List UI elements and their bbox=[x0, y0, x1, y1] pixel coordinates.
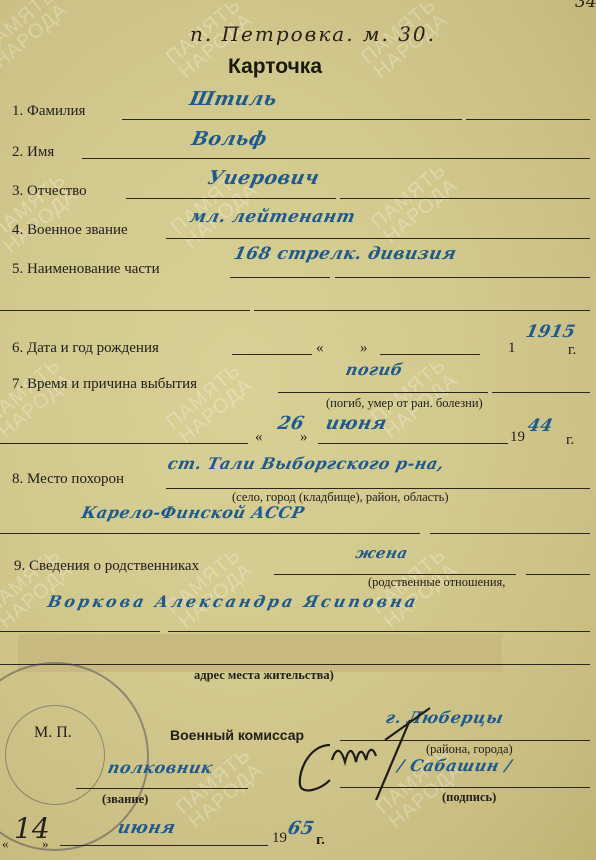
date-year: 65 bbox=[286, 818, 317, 839]
signature bbox=[290, 690, 450, 800]
underline bbox=[82, 158, 590, 159]
underline bbox=[466, 119, 590, 120]
burial-label: 8. Место похорон bbox=[12, 471, 124, 488]
departure-month: июня bbox=[324, 413, 389, 434]
underline bbox=[278, 392, 488, 393]
date-month: июня bbox=[116, 818, 178, 838]
underline bbox=[0, 664, 590, 665]
relatives-hint: (родственные отношения, bbox=[368, 575, 505, 590]
birth-year-prefix: 1 bbox=[508, 340, 516, 357]
commissar-label: Военный комиссар bbox=[170, 727, 304, 743]
departure-label: 7. Время и причина выбытия bbox=[12, 376, 197, 393]
relatives-relation: жена bbox=[354, 544, 410, 562]
underline bbox=[0, 310, 250, 311]
departure-year-suffix: г. bbox=[566, 432, 574, 449]
underline bbox=[122, 119, 462, 120]
underline bbox=[0, 533, 420, 534]
underline bbox=[168, 631, 590, 632]
relatives-label: 9. Сведения о родственниках bbox=[14, 558, 199, 575]
underline bbox=[254, 310, 590, 311]
underline bbox=[380, 354, 480, 355]
date-open-quote: « bbox=[2, 836, 9, 852]
archive-note: п. Петровка. м. 30. bbox=[190, 22, 436, 46]
underline bbox=[126, 198, 336, 199]
field-value-name: Вольф bbox=[190, 128, 269, 150]
departure-year-prefix: 19 bbox=[510, 429, 525, 446]
field-label-unit: 5. Наименование части bbox=[12, 261, 160, 278]
official-stamp-inner bbox=[5, 705, 105, 805]
underline bbox=[340, 787, 590, 788]
relatives-name: Воркова Александра Ясиповна bbox=[46, 592, 420, 611]
birth-label: 6. Дата и год рождения bbox=[12, 340, 159, 357]
departure-cause: погиб bbox=[344, 360, 405, 379]
date-close-quote: » bbox=[42, 836, 49, 852]
field-label-surname: 1. Фамилия bbox=[12, 103, 85, 120]
departure-open-quote: « bbox=[255, 429, 263, 446]
field-label-rank: 4. Военное звание bbox=[12, 222, 128, 239]
underline bbox=[0, 443, 248, 444]
underline bbox=[0, 631, 160, 632]
field-label-name: 2. Имя bbox=[12, 144, 54, 161]
signer-name: / Сабашин / bbox=[396, 756, 514, 775]
address-hint: адрес места жительства) bbox=[194, 668, 334, 683]
corner-note: 34 bbox=[575, 0, 596, 12]
departure-hint: (погиб, умер от ран. болезни) bbox=[326, 396, 483, 411]
redacted-address bbox=[18, 634, 502, 672]
page-title: Карточка bbox=[228, 55, 322, 79]
underline bbox=[232, 354, 312, 355]
birth-open-quote: « bbox=[316, 340, 324, 357]
watermark: ПАМЯТЬНАРОДА bbox=[0, 355, 77, 442]
field-value-unit: 168 стрелк. дивизия bbox=[232, 244, 458, 264]
birth-year-suffix: г. bbox=[568, 342, 576, 359]
stamp-label: М. П. bbox=[34, 724, 72, 742]
field-label-patronymic: 3. Отчество bbox=[12, 183, 87, 200]
signature-hint: (подпись) bbox=[442, 790, 496, 805]
birth-close-quote: » bbox=[360, 340, 368, 357]
rank-hint: (звание) bbox=[102, 792, 148, 807]
underline bbox=[526, 574, 590, 575]
field-value-patronymic: Уиерович bbox=[206, 167, 322, 189]
underline bbox=[230, 277, 330, 278]
watermark: ПАМЯТЬНАРОДА bbox=[368, 160, 462, 247]
date-year-suffix: г. bbox=[316, 832, 325, 849]
departure-year: 44 bbox=[526, 416, 555, 436]
watermark: ПАМЯТЬНАРОДА bbox=[0, 0, 72, 73]
underline bbox=[318, 443, 508, 444]
burial-place-line2: Карело-Финской АССР bbox=[80, 503, 306, 522]
underline bbox=[166, 488, 590, 489]
field-value-rank: мл. лейтенант bbox=[188, 207, 357, 227]
birth-year: 1915 bbox=[524, 322, 578, 342]
watermark: ПАМЯТЬНАРОДА bbox=[163, 360, 257, 447]
underline bbox=[430, 533, 590, 534]
underline bbox=[492, 392, 590, 393]
field-value-surname: Штиль bbox=[188, 88, 280, 110]
underline bbox=[166, 238, 590, 239]
burial-place-line1: ст. Тали Выборгского р-на, bbox=[166, 454, 446, 473]
underline bbox=[340, 198, 590, 199]
departure-close-quote: » bbox=[300, 429, 308, 446]
underline bbox=[335, 277, 590, 278]
underline bbox=[60, 845, 268, 846]
underline bbox=[76, 788, 248, 789]
commissar-rank: полковник bbox=[106, 758, 215, 777]
